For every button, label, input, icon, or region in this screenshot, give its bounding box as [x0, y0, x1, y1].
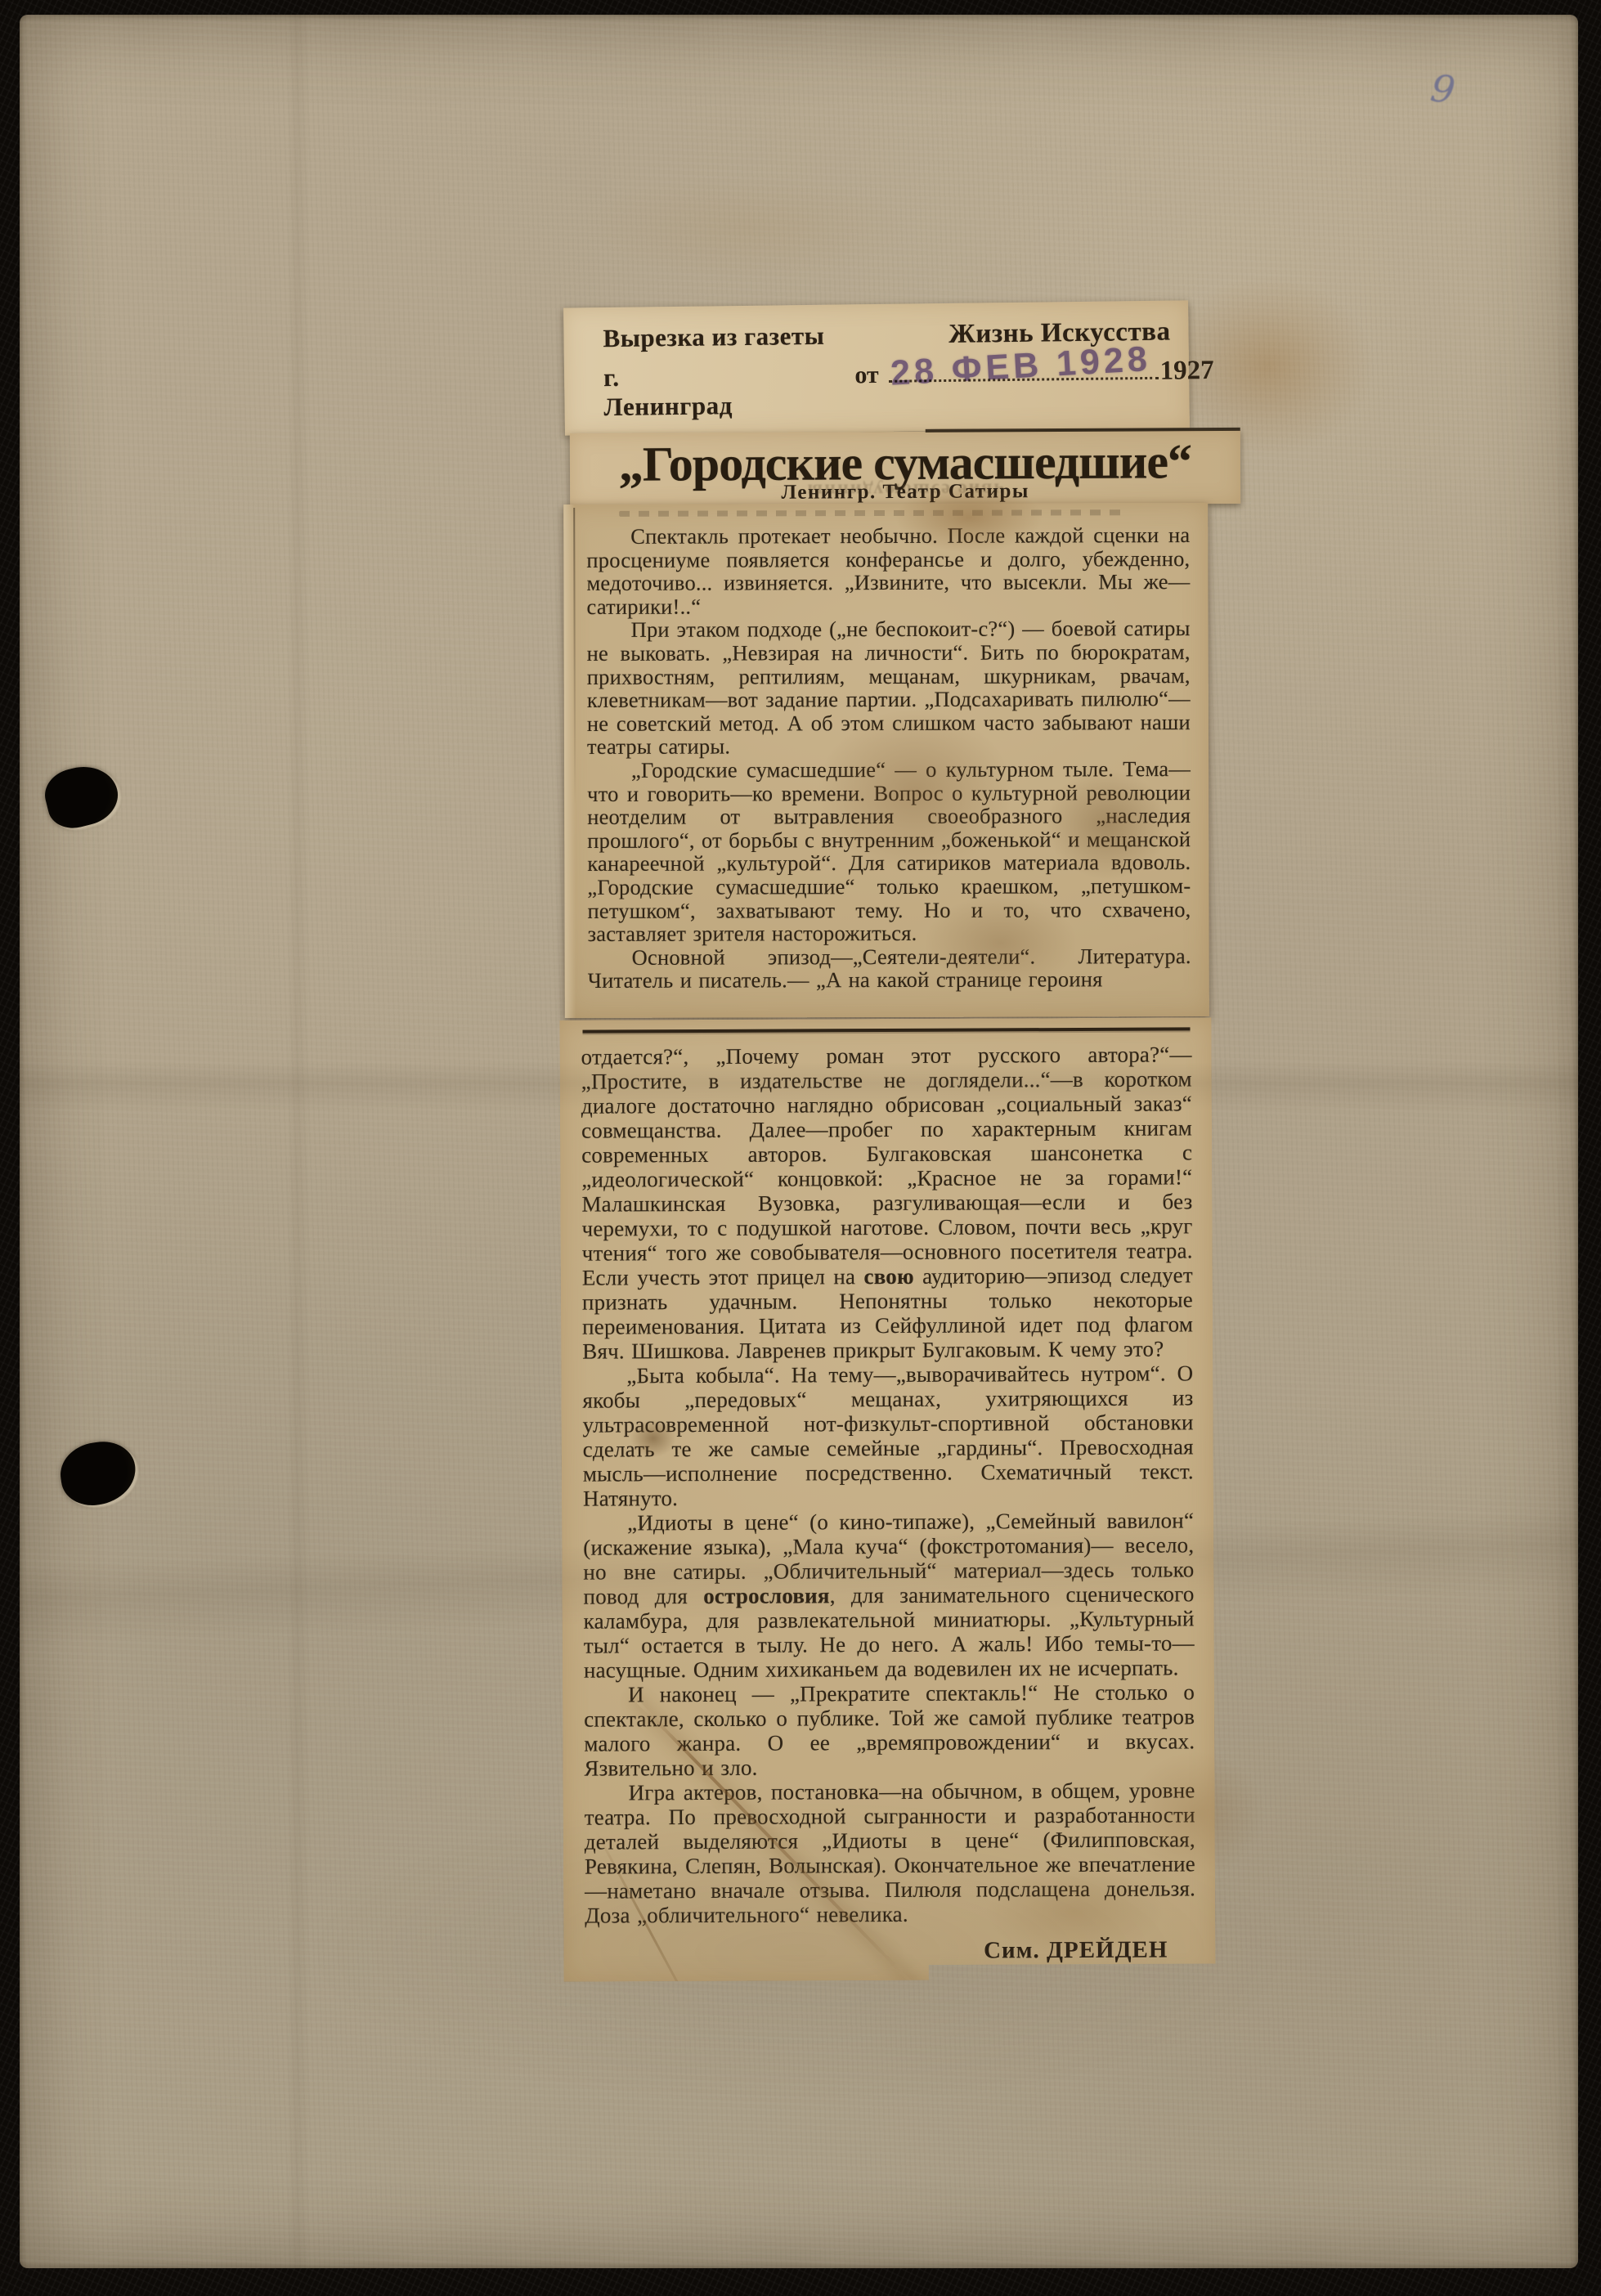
- city-label: г. Ленинград: [603, 361, 733, 422]
- author-signature: Сим. ДРЕЙДЕН: [585, 1937, 1168, 1966]
- punch-hole-top: [40, 759, 124, 833]
- article-paragraph: отдается?“, „Почему роман этот русского …: [581, 1042, 1194, 1363]
- clipping-column-2: отдается?“, „Почему роман этот русского …: [559, 1017, 1215, 1981]
- article-paragraph: При этаком подходе („не беспокоит-с?“) —…: [587, 617, 1191, 758]
- theater-label: Ленингр. Театр Сатиры: [570, 479, 1240, 505]
- clipping-source-label: Вырезка из газеты: [603, 321, 824, 353]
- article-paragraph: „Идиоты в цене“ (о кино-типаже), „Семейн…: [583, 1508, 1195, 1682]
- album-page: 9 Вырезка из газеты Жизнь Искусства г. Л…: [20, 15, 1578, 2268]
- article-paragraph: Спектакль протекает необычно. После кажд…: [586, 523, 1190, 618]
- punch-hole-bottom: [56, 1437, 140, 1509]
- date-preposition: от: [854, 361, 879, 389]
- article-body-part1: Спектакль протекает необычно. После кажд…: [586, 523, 1191, 993]
- header-row-2: г. Ленинград от 28 ФЕВ 1928 1927: [603, 348, 1178, 423]
- cut-text-remnant: [619, 509, 1126, 517]
- article-body-part2: отдается?“, „Почему роман этот русского …: [581, 1042, 1196, 1927]
- stain: [543, 162, 952, 293]
- date-dotted-line: 28 ФЕВ 1928: [888, 348, 1158, 383]
- headline-slip: „Городские сумасшедшие“ чвие еэшоюудинны…: [570, 430, 1240, 507]
- clipping-header-slip: Вырезка из газеты Жизнь Искусства г. Лен…: [563, 300, 1190, 435]
- article-paragraph: Игра актеров, постановка—на обычном, в о…: [584, 1778, 1195, 1927]
- clipping-column-1: Спектакль протекает необычно. После кажд…: [563, 503, 1209, 1018]
- article-paragraph: „Быта кобыла“. На тему—„выворачивайтесь …: [582, 1361, 1194, 1510]
- page-number: 9: [1428, 65, 1458, 113]
- printed-year: 1927: [1159, 356, 1213, 387]
- article-paragraph: Основной эпизод—„Сеятели-деятели“. Литер…: [588, 944, 1191, 993]
- column-top-rule: [582, 1027, 1190, 1033]
- article-paragraph: И наконец — „Прекратите спектакль!“ Не с…: [584, 1679, 1195, 1780]
- photo-backdrop: 9 Вырезка из газеты Жизнь Искусства г. Л…: [0, 0, 1601, 2296]
- article-paragraph: „Городские сумасшедшие“ — о культурном т…: [587, 757, 1191, 946]
